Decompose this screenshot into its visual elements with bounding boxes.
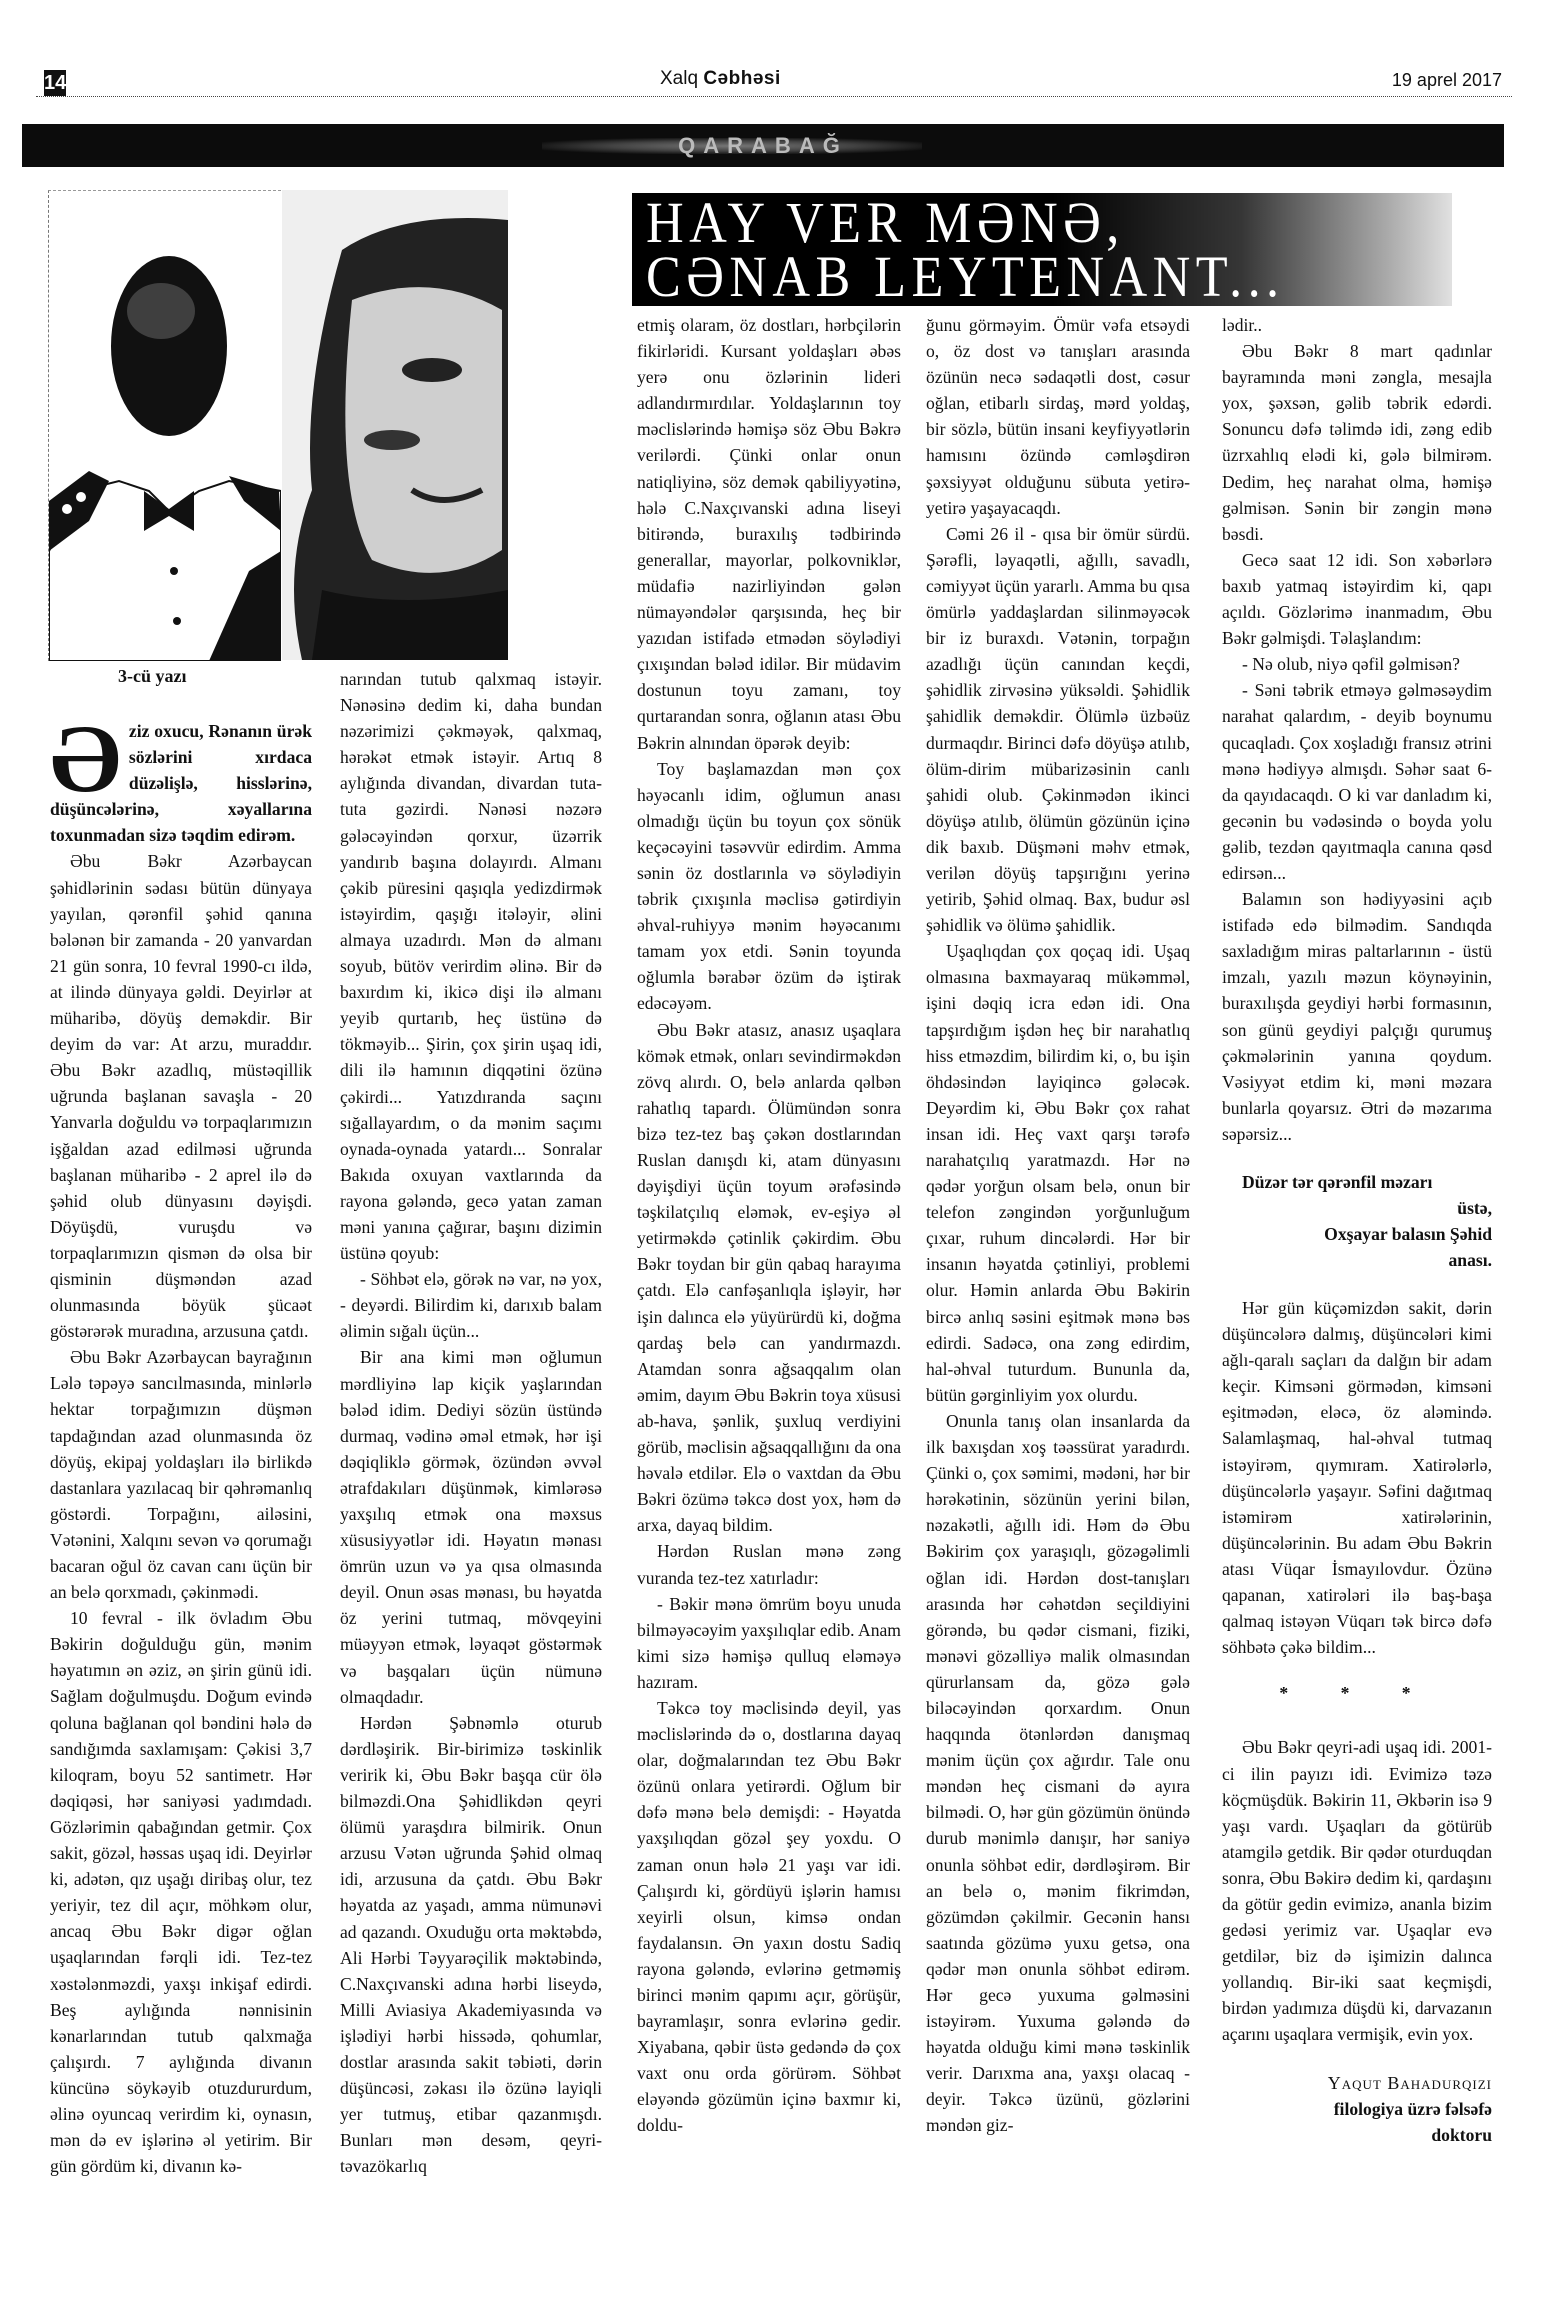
section-separator: * * * (1222, 1680, 1492, 1706)
headline-line-2: CƏNAB LEYTENANT... (646, 249, 1284, 305)
photo-officer-portrait (48, 190, 281, 661)
newspaper-masthead: Xalq Cəbhəsi (660, 68, 781, 90)
article-column-3: etmiş olaram, öz dostları, hərbçilərin f… (637, 312, 901, 2139)
paragraph: Hər gün küçəmizdən sakit, dərin düşüncəl… (1222, 1295, 1492, 1660)
header-divider (36, 96, 1512, 97)
paragraph: - Nə olub, niyə qəfil gəlmisən? (1222, 651, 1492, 677)
paragraph: Əbu Bəkr Azərbaycan bayrağının Lələ təpə… (50, 1344, 312, 1605)
paragraph: Əbu Bəkr 8 mart qadınlar bayramında məni… (1222, 338, 1492, 547)
masthead-regular: Xalq (660, 68, 698, 89)
author-title: filologiya üzrə fəlsəfə (1222, 2096, 1492, 2122)
paragraph: Hərdən Şəbnəmlə oturub dərdləşirik. Bir-… (340, 1710, 602, 2180)
issue-date: 19 aprel 2017 (1392, 70, 1502, 91)
poem-quote: Düzər tər qərənfil məzarı üstə, Oxşayar … (1222, 1169, 1492, 1273)
paragraph: Hərdən Ruslan mənə zəng vuranda tez-tez … (637, 1538, 901, 1590)
article-column-4: ğunu görməyim. Ömür vəfa etsəydi o, öz d… (926, 312, 1190, 2139)
paragraph: Əbu Bəkr qeyri-adi uşaq idi. 2001-ci ili… (1222, 1734, 1492, 2047)
poem-line: Oxşayar balasın Şəhid (1222, 1221, 1492, 1247)
paragraph: Əbu Bəkr atasız, anasız uşaqlara kömək e… (637, 1017, 901, 1539)
paragraph: Bir ana kimi mən oğlumun mərdliyinə lap … (340, 1344, 602, 1709)
series-caption: 3-cü yazı (118, 666, 186, 687)
article-headline: HAY VER MƏNƏ, CƏNAB LEYTENANT... (632, 193, 1452, 306)
paragraph: Onunla tanış olan insanlarda da ilk baxı… (926, 1408, 1190, 2139)
paragraph: - Bəkir mənə ömrüm boyu unuda bilməyəcəy… (637, 1591, 901, 1695)
headline-line-1: HAY VER MƏNƏ, (646, 195, 1125, 251)
section-band: QARABAĞ (22, 124, 1504, 167)
drop-cap: Ə (50, 720, 121, 798)
article-column-5: lədir.. Əbu Bəkr 8 mart qadınlar bayramı… (1222, 312, 1492, 2148)
lead-paragraph: Əziz oxucu, Rənanın ürək sözlərini xırda… (50, 718, 312, 848)
poem-line: Düzər tər qərənfil məzarı (1222, 1169, 1492, 1195)
paragraph: etmiş olaram, öz dostları, hərbçilərin f… (637, 312, 901, 756)
author-signature: Yaqut Bahadurqızı filologiya üzrə fəlsəf… (1222, 2070, 1492, 2148)
paragraph: lədir.. (1222, 312, 1492, 338)
section-title: QARABAĞ (22, 133, 1504, 159)
paragraph: - Söhbət elə, görək nə var, nə yox, - de… (340, 1266, 602, 1344)
paragraph: - Səni təbrik etməyə gəlməsəydim narahat… (1222, 677, 1492, 886)
young-man-portrait-image (282, 190, 508, 660)
page-number: 14 (44, 70, 66, 96)
masthead-bold: Cəbhəsi (703, 68, 780, 89)
article-column-1: Əziz oxucu, Rənanın ürək sözlərini xırda… (50, 718, 312, 2179)
paragraph: narından tutub qalxmaq istəyir. Nənəsinə… (340, 666, 602, 1266)
paragraph: Toy başlamazdan mən çox həyəcanlı idim, … (637, 756, 901, 1017)
poem-line: üstə, (1222, 1195, 1492, 1221)
poem-line: anası. (1222, 1247, 1492, 1273)
paragraph: Uşaqlıqdan çox qoçaq idi. Uşaq olmasına … (926, 938, 1190, 1408)
photo-young-man-portrait (282, 190, 508, 660)
paragraph: 10 fevral - ilk övladım Əbu Bəkirin doğu… (50, 1605, 312, 2179)
paragraph: Əbu Bəkr Azərbaycan şəhidlərinin sədası … (50, 848, 312, 1344)
author-name: Yaqut Bahadurqızı (1222, 2070, 1492, 2096)
paragraph: ğunu görməyim. Ömür vəfa etsəydi o, öz d… (926, 312, 1190, 521)
officer-portrait-image (49, 191, 281, 661)
author-title: doktoru (1222, 2122, 1492, 2148)
article-column-2: narından tutub qalxmaq istəyir. Nənəsinə… (340, 666, 602, 2179)
paragraph: Təkcə toy məclisində deyil, yas məclislə… (637, 1695, 901, 2139)
paragraph: Gecə saat 12 idi. Son xəbərlərə baxıb ya… (1222, 547, 1492, 651)
paragraph: Balamın son hədiyyəsini açıb istifadə ed… (1222, 886, 1492, 1147)
paragraph: Cəmi 26 il - qısa bir ömür sürdü. Şərəfl… (926, 521, 1190, 939)
